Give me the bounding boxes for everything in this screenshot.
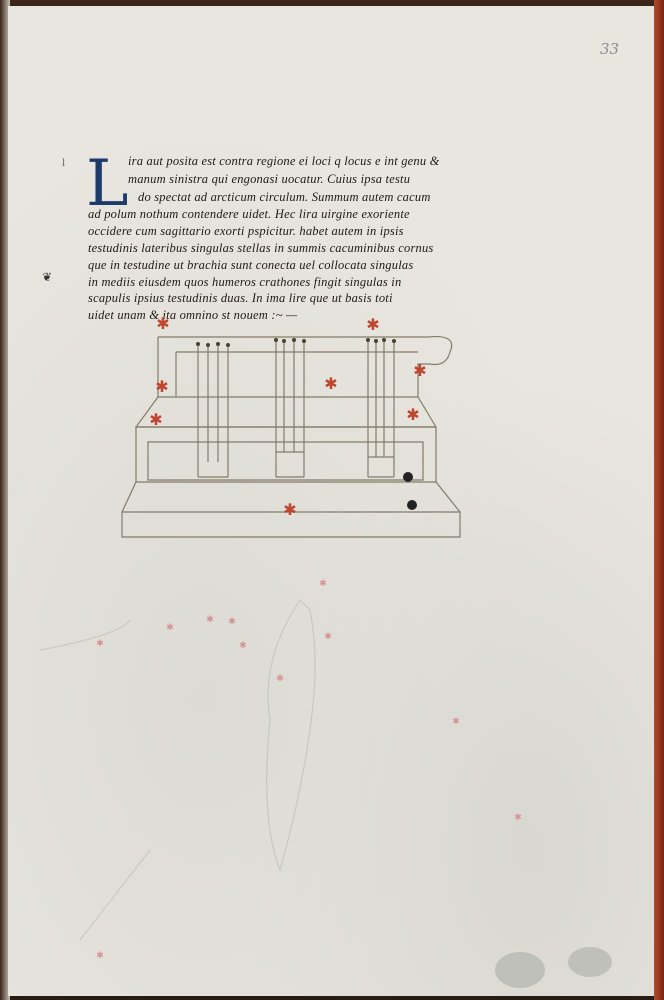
margin-guide-letter: l	[62, 158, 65, 169]
svg-text:✱: ✱	[514, 813, 522, 823]
svg-text:✱: ✱	[324, 632, 332, 642]
svg-text:✱: ✱	[406, 405, 419, 424]
svg-text:✱: ✱	[166, 623, 174, 633]
text-line: manum sinistra qui engonasi uocatur. Cui…	[128, 172, 410, 187]
text-line: scapulis ipsius testudinis duas. In ima …	[88, 291, 393, 306]
svg-text:✱: ✱	[96, 951, 104, 961]
folio-number: 33	[600, 40, 619, 58]
text-line: testudinis lateribus singulas stellas in…	[88, 241, 434, 256]
margin-mark: ❦	[42, 270, 52, 284]
svg-text:✱: ✱	[149, 410, 162, 429]
svg-text:✱: ✱	[452, 717, 460, 727]
text-line: occidere cum sagittario exorti pspicitur…	[88, 224, 404, 239]
text-line: ad polum nothum contendere uidet. Hec li…	[88, 207, 410, 222]
lyra-illustration: ✱ ✱ ✱ ✱ ✱ ✱ ✱ ✱	[118, 312, 468, 547]
svg-text:✱: ✱	[413, 361, 426, 380]
faint-offset-drawing: ✱✱✱ ✱✱✱ ✱✱✱ ✱✱	[0, 540, 664, 1000]
text-line: in mediis eiusdem quos humeros crathones…	[88, 275, 401, 290]
svg-text:✱: ✱	[366, 315, 379, 334]
text-line: que in testudine ut brachia sunt conecta…	[88, 258, 413, 273]
svg-text:✱: ✱	[324, 374, 337, 393]
svg-text:✱: ✱	[228, 617, 236, 627]
svg-text:✱: ✱	[206, 615, 214, 625]
text-line: do spectat ad arcticum circulum. Summum …	[138, 190, 431, 205]
svg-text:✱: ✱	[283, 500, 296, 519]
svg-text:✱: ✱	[155, 377, 168, 396]
svg-text:✱: ✱	[156, 314, 169, 333]
svg-text:✱: ✱	[96, 639, 104, 649]
svg-text:✱: ✱	[276, 674, 284, 684]
svg-text:✱: ✱	[239, 641, 247, 651]
svg-text:✱: ✱	[319, 579, 327, 589]
text-line: ira aut posita est contra regione ei loc…	[128, 154, 440, 169]
